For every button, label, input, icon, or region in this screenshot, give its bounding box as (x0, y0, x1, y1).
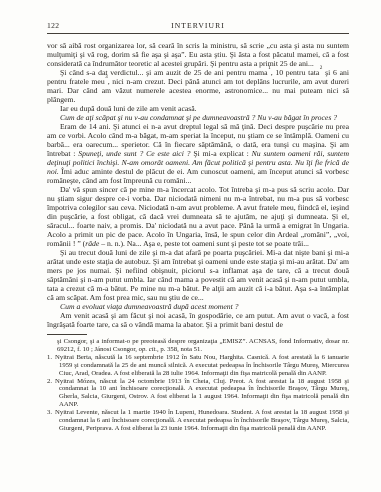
interviewer-question: Cum a evoluat viaţa dumneavoastră după a… (47, 302, 349, 311)
text-run: , p. 358, nota 51. (157, 346, 202, 353)
interviewer-question: Cum de aţi scăpat şi nu v-au condamnat ş… (47, 113, 349, 122)
text-run: Şi când s-a dat verdictul... şi am auzit… (60, 68, 268, 77)
text-run: Şi au trecut două luni de zile şi m-a da… (47, 248, 349, 302)
text-run: Şi mi-a explicat : (191, 149, 252, 158)
paragraph: Iar eu după două luni de zile am venit a… (47, 104, 349, 113)
footnote-separator (47, 334, 87, 335)
footnote-ref: 3 (105, 74, 108, 80)
text-run: Iar eu după două luni de zile am venit a… (60, 104, 197, 113)
footnote-number: 2. (47, 378, 55, 385)
footnote-text: Nyitrai Mózes, născut la 24 octombrie 19… (55, 378, 349, 409)
text-run: Îmi aduc aminte destul de plăcut de ei. … (47, 167, 349, 185)
book-page: 122 INTERVIURI vor să aibă rost organiza… (0, 0, 381, 492)
paragraph: Şi au trecut două luni de zile şi m-a da… (47, 248, 349, 302)
footnote-item: 3.Nyitrai Levente, născut la 1 martie 19… (47, 409, 349, 433)
footnote-item: 2.Nyitrai Mózes, născut la 24 octombrie … (47, 378, 349, 410)
text-run: Cum a evoluat viaţa dumneavoastră după a… (60, 302, 239, 311)
italic-text-run: râde (85, 239, 99, 248)
footnote-ref: 1 (268, 65, 271, 71)
text-run: Cum de aţi scăpat şi nu v-au condamnat ş… (60, 113, 337, 122)
paragraph: Da' vă spun sincer că pe mine m-a încerc… (47, 185, 349, 248)
footnotes: şi Csongor, şi a informat-o pe preoteasă… (47, 338, 349, 433)
paragraph: Am venit acasă şi am făcut şi noi acasă,… (47, 311, 349, 329)
footnote-continuation: şi Csongor, şi a informat-o pe preoteasă… (57, 338, 349, 354)
italic-text-run: Spuneţi, unde sunt ? Ce este aici ? (78, 149, 190, 158)
footnote-number: 1. (47, 354, 55, 361)
paragraph: vor să aibă rost organizarea lor, să cea… (47, 41, 349, 68)
page-content: 122 INTERVIURI vor să aibă rost organiza… (47, 21, 349, 433)
footnote-number: 3. (47, 409, 55, 416)
paragraph: Şi când s-a dat verdictul... şi am auzit… (47, 68, 349, 104)
text-run: Am venit acasă şi am făcut şi noi acasă,… (47, 311, 349, 329)
interview-body: vor să aibă rost organizarea lor, să cea… (47, 41, 349, 329)
text-run: vor să aibă rost organizarea lor, să cea… (47, 41, 349, 68)
text-run: , 10 pentru tata (271, 68, 320, 77)
italic-text-run: op. cit. (139, 346, 157, 353)
text-run: şi Csongor, şi a informat-o pe preoteasă… (57, 338, 349, 353)
running-header: 122 INTERVIURI (47, 21, 349, 31)
footnote-ref: 2 (320, 65, 323, 71)
text-run: – n. n.). Na... Aşa e, peste tot oameni … (99, 239, 309, 248)
header-title: INTERVIURI (47, 21, 349, 31)
header-rule (47, 33, 349, 34)
paragraph: Eram de 14 ani. Şi atunci ei n-a avut dr… (47, 122, 349, 185)
footnote-item: 1.Nyitrai Berta, născută la 16 septembri… (47, 354, 349, 378)
footnote-text: Nyitrai Levente, născut la 1 martie 1940… (55, 409, 349, 432)
footnote-text: Nyitrai Berta, născută la 16 septembrie … (55, 354, 349, 377)
